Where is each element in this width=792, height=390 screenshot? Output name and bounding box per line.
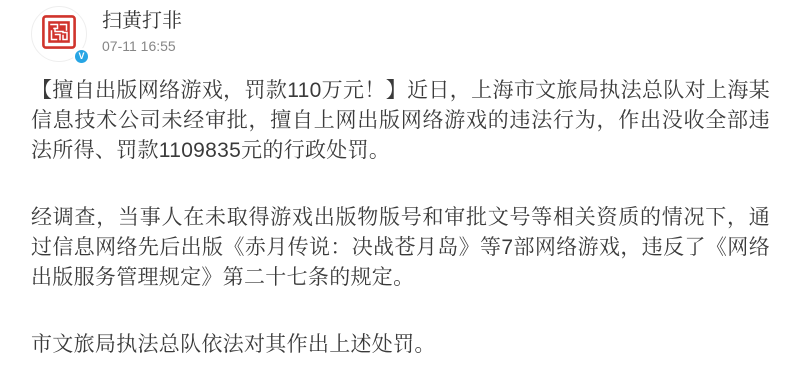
post-content: 【擅自出版网络游戏，罚款110万元！】近日，上海市文旅局执法总队对上海某信息技术…: [31, 76, 770, 360]
author-block: 扫黄打非 07-11 16:55: [102, 6, 182, 54]
weibo-post-page: V 扫黄打非 07-11 16:55 【擅自出版网络游戏，罚款110万元！】近日…: [0, 0, 792, 390]
post-header: V 扫黄打非 07-11 16:55: [31, 6, 770, 64]
avatar[interactable]: V: [31, 6, 89, 64]
post-timestamp: 07-11 16:55: [102, 38, 182, 54]
post-paragraph-1: 【擅自出版网络游戏，罚款110万元！】近日，上海市文旅局执法总队对上海某信息技术…: [31, 76, 770, 166]
post-paragraph-3: 市文旅局执法总队依法对其作出上述处罚。: [31, 330, 770, 360]
post-paragraph-2: 经调查，当事人在未取得游戏出版物版号和审批文号等相关资质的情况下，通过信息网络先…: [31, 203, 770, 293]
seal-logo-icon: [42, 15, 76, 54]
weibo-post: V 扫黄打非 07-11 16:55 【擅自出版网络游戏，罚款110万元！】近日…: [0, 0, 792, 360]
verified-v-icon: V: [73, 48, 90, 65]
author-name[interactable]: 扫黄打非: [102, 9, 182, 33]
